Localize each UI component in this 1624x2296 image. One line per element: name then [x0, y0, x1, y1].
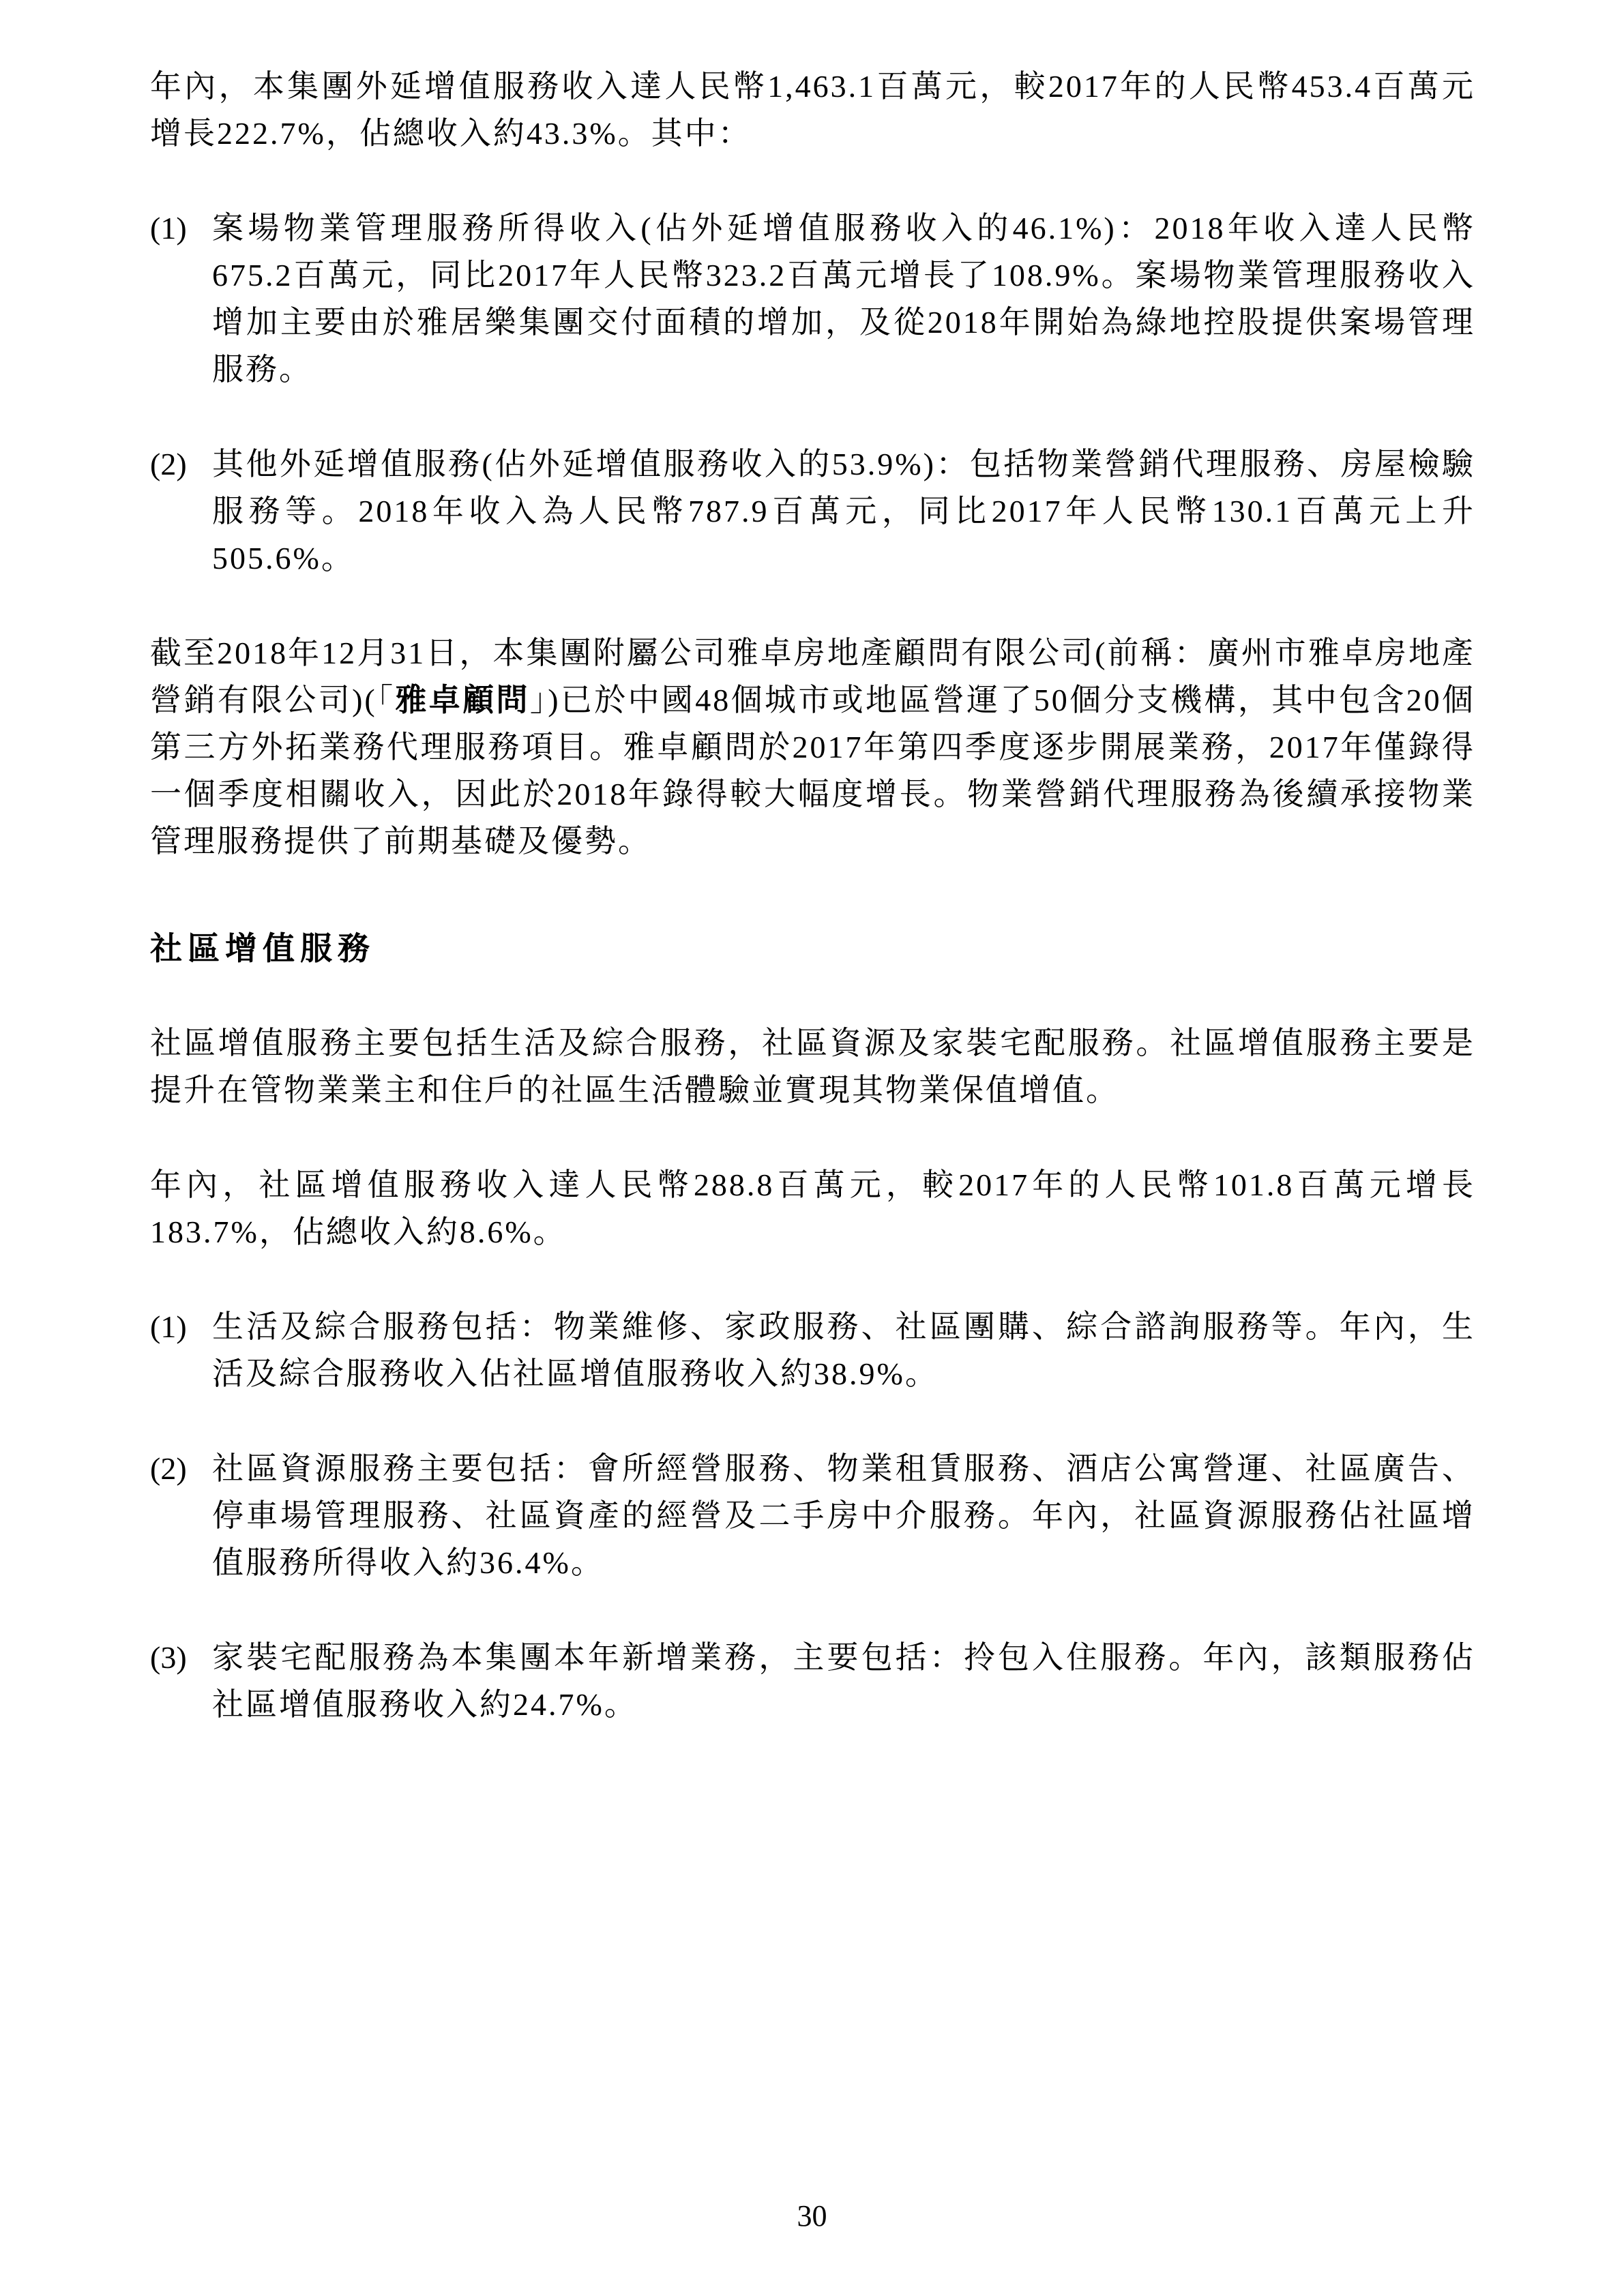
list-item-community-2: (2) 社區資源服務主要包括：會所經營服務、物業租賃服務、酒店公寓營運、社區廣告… — [150, 1445, 1475, 1586]
list-item-community-3: (3) 家裝宅配服務為本集團本年新增業務，主要包括：拎包入住服務。年內，該類服務… — [150, 1634, 1475, 1728]
list-marker: (1) — [150, 1303, 212, 1397]
paragraph-community-vas-intro: 社區增值服務主要包括生活及綜合服務，社區資源及家裝宅配服務。社區增值服務主要是提… — [150, 1019, 1475, 1114]
list-item-text: 社區資源服務主要包括：會所經營服務、物業租賃服務、酒店公寓營運、社區廣告、停車場… — [212, 1445, 1475, 1586]
list-marker: (2) — [150, 441, 212, 582]
list-item-extended-1: (1) 案場物業管理服務所得收入(佔外延增值服務收入的46.1%)：2018年收… — [150, 205, 1475, 393]
section-heading-community-vas: 社區增值服務 — [150, 925, 1475, 972]
page-number: 30 — [0, 2199, 1624, 2233]
list-marker: (3) — [150, 1634, 212, 1728]
list-item-text: 其他外延增值服務(佔外延增值服務收入的53.9%)：包括物業營銷代理服務、房屋檢… — [212, 441, 1475, 582]
paragraph-extended-services-revenue: 年內，本集團外延增值服務收入達人民幣1,463.1百萬元，較2017年的人民幣4… — [150, 63, 1475, 157]
list-item-text: 生活及綜合服務包括：物業維修、家政服務、社區團購、綜合諮詢服務等。年內，生活及綜… — [212, 1303, 1475, 1397]
list-marker: (2) — [150, 1445, 212, 1586]
list-item-text: 家裝宅配服務為本集團本年新增業務，主要包括：拎包入住服務。年內，該類服務佔社區增… — [212, 1634, 1475, 1728]
bold-term-yazhuo: 雅卓顧問 — [395, 682, 529, 717]
list-marker: (1) — [150, 205, 212, 393]
list-item-extended-2: (2) 其他外延增值服務(佔外延增值服務收入的53.9%)：包括物業營銷代理服務… — [150, 441, 1475, 582]
paragraph-community-vas-revenue: 年內，社區增值服務收入達人民幣288.8百萬元，較2017年的人民幣101.8百… — [150, 1161, 1475, 1255]
list-item-text: 案場物業管理服務所得收入(佔外延增值服務收入的46.1%)：2018年收入達人民… — [212, 205, 1475, 393]
document-page: 年內，本集團外延增值服務收入達人民幣1,463.1百萬元，較2017年的人民幣4… — [0, 0, 1624, 2296]
list-item-community-1: (1) 生活及綜合服務包括：物業維修、家政服務、社區團購、綜合諮詢服務等。年內，… — [150, 1303, 1475, 1397]
paragraph-yazhuo-consultant: 截至2018年12月31日，本集團附屬公司雅卓房地產顧問有限公司(前稱：廣州市雅… — [150, 629, 1475, 865]
